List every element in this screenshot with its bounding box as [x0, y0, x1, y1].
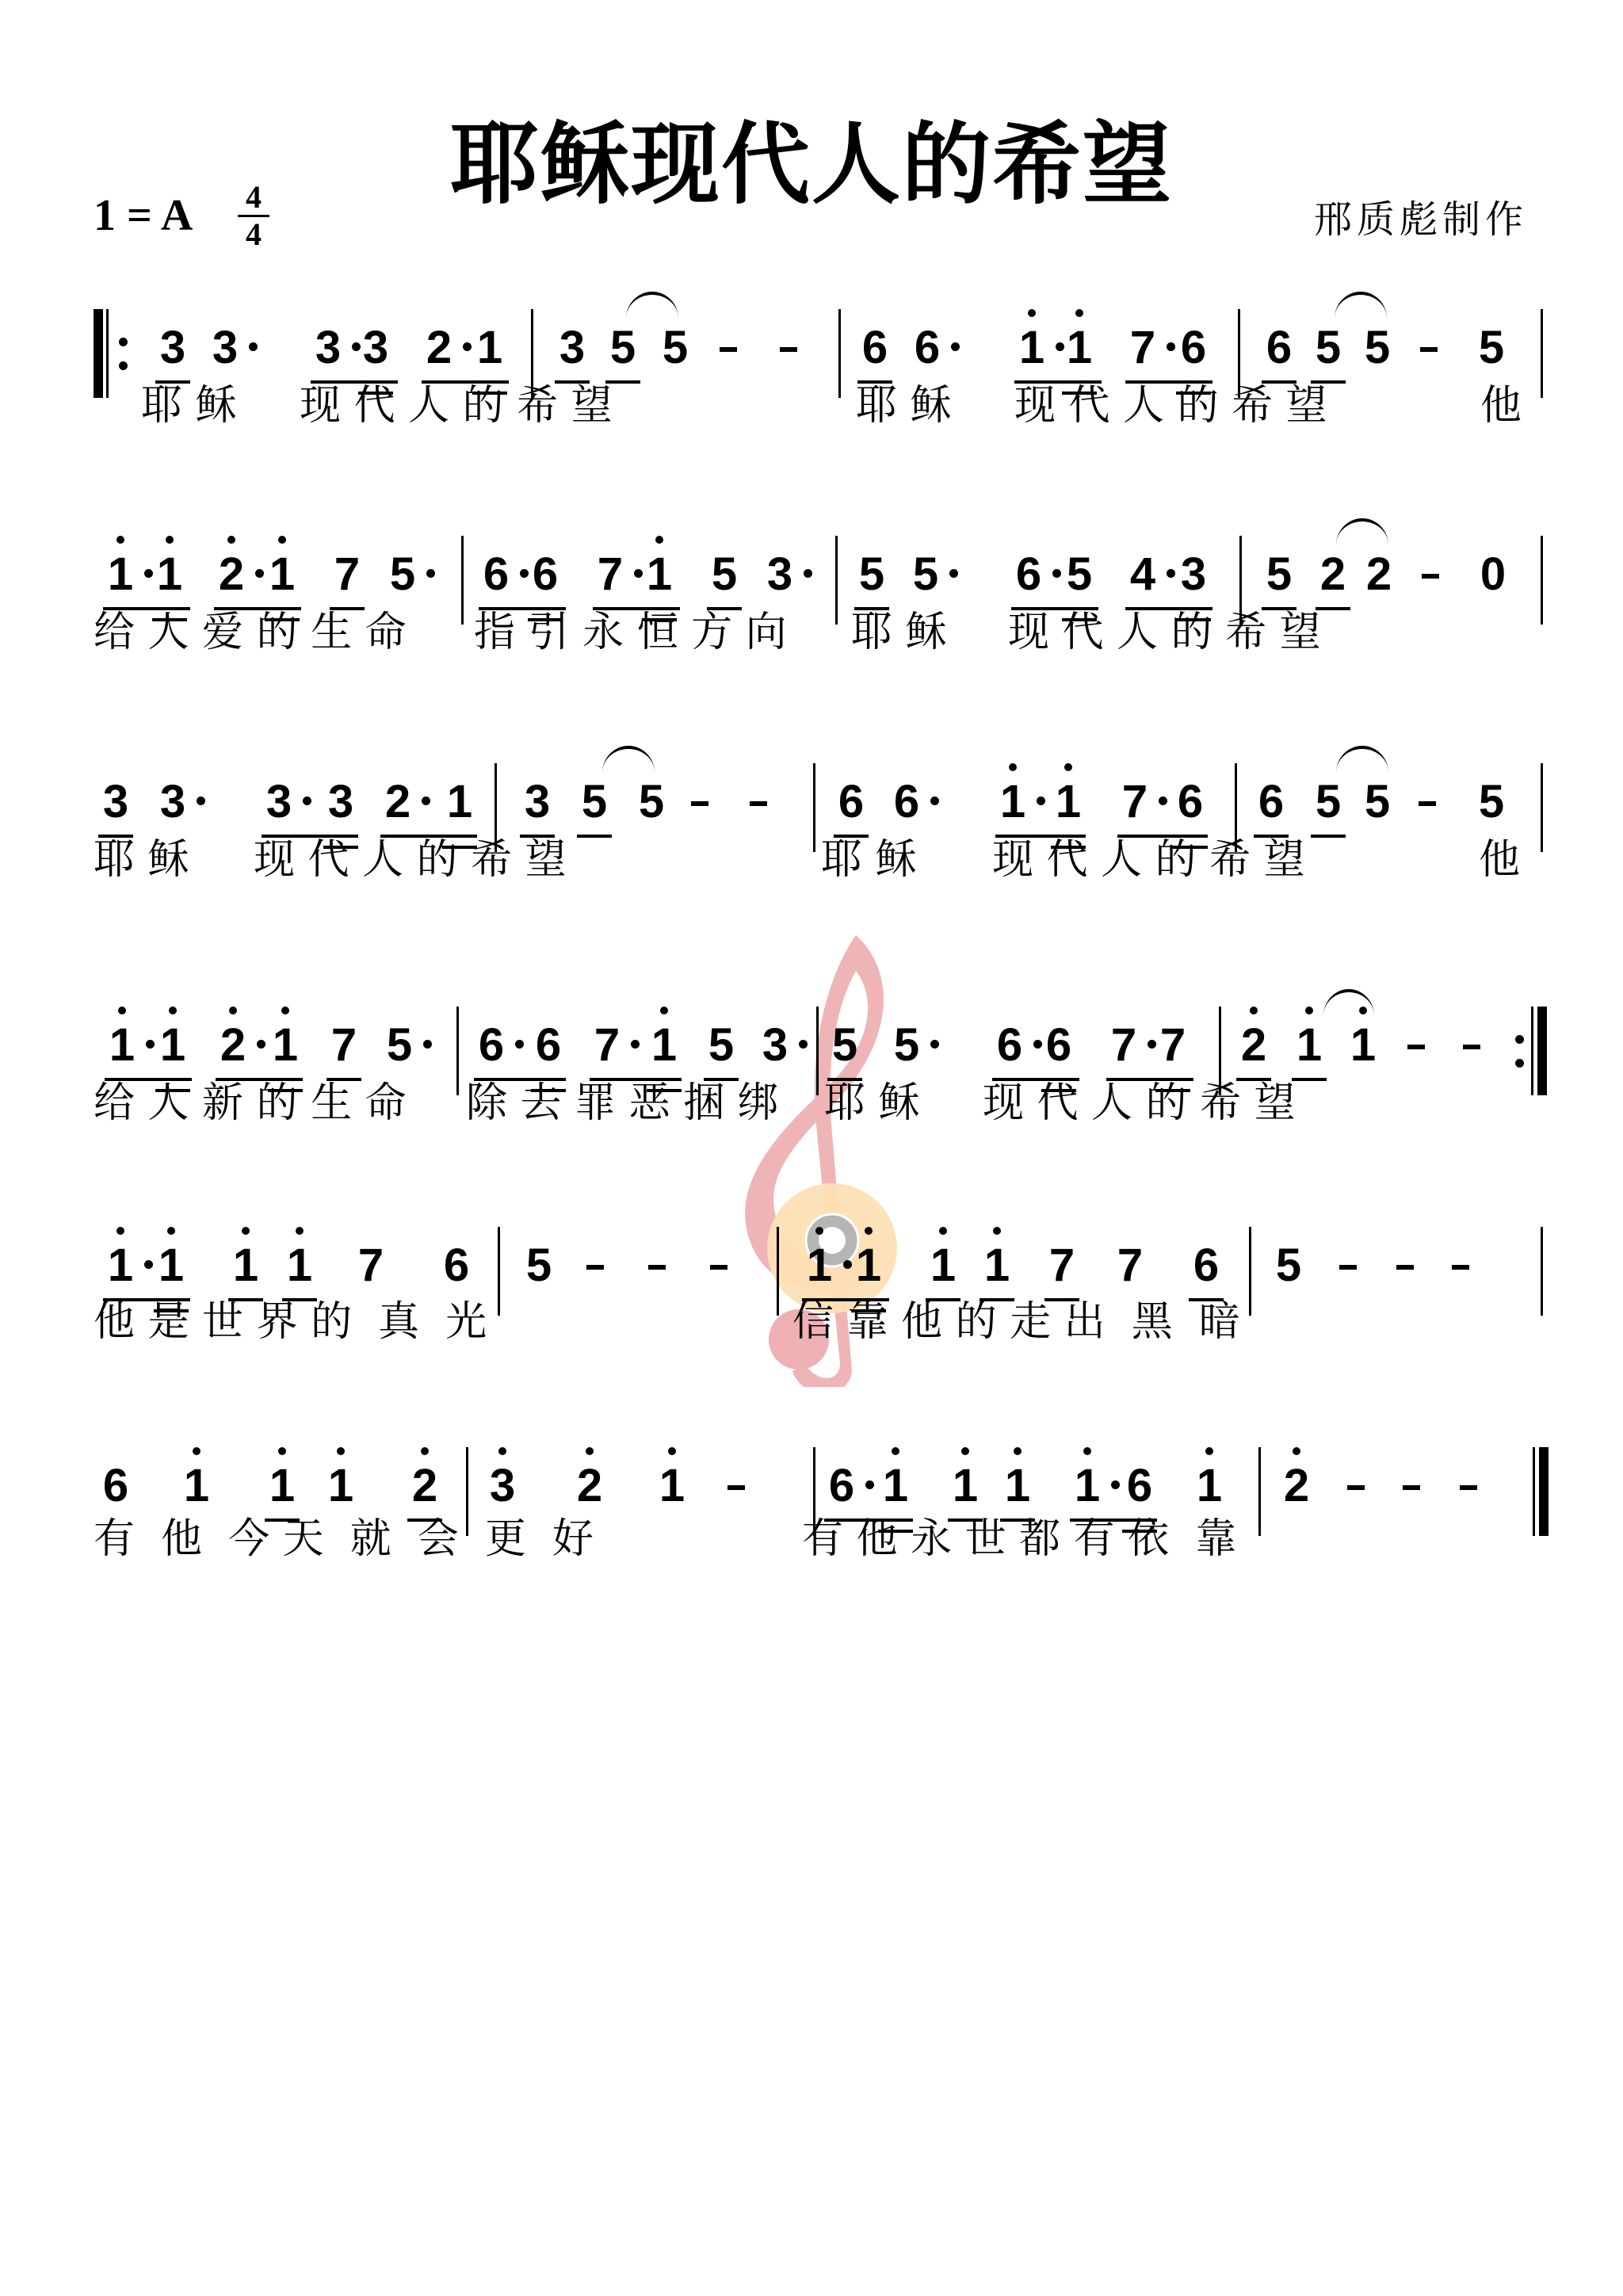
sustain-dash: [780, 347, 797, 352]
repeat-end-thin-bar: [1531, 1007, 1533, 1095]
high-octave-dot: [1064, 763, 1072, 771]
note-digit: 1: [1292, 1018, 1327, 1073]
note-digit: 1: [103, 547, 138, 602]
high-octave-dot: [296, 1227, 304, 1235]
note-digit: 3: [358, 320, 393, 376]
note-digit: 2: [214, 547, 249, 602]
sustain-dash: [1407, 1045, 1425, 1049]
high-octave-dot: [939, 1227, 947, 1235]
high-octave-dot: [281, 1007, 289, 1014]
lyric-line: 指 引 永 恒 方 向: [474, 609, 787, 656]
note-digit: 1: [851, 1238, 886, 1293]
high-octave-dot: [1075, 309, 1083, 317]
high-octave-dot: [278, 536, 286, 544]
tie-arc: [1335, 292, 1387, 319]
augmentation-dot: [1037, 797, 1045, 805]
augmentation-dot: [631, 1040, 640, 1049]
high-octave-dot: [169, 1007, 177, 1014]
repeat-dot: [119, 361, 128, 370]
augmentation-dot: [949, 569, 958, 578]
note-digit: 6: [1173, 774, 1208, 830]
note-digit: 6: [531, 1018, 566, 1073]
note: 5: [521, 1221, 556, 1316]
barline: [1541, 1227, 1543, 1316]
note-digit: 5: [521, 1238, 556, 1293]
lyric-line: 有 他 永 世 都 有 依 靠: [802, 1515, 1236, 1563]
lyric-line: 信 靠 他 的 走 出 黑 暗: [792, 1298, 1240, 1346]
high-octave-dot: [116, 536, 124, 544]
note-digit: 3: [485, 1458, 520, 1514]
note-digit: 6: [479, 547, 514, 602]
barline: [816, 1007, 819, 1095]
note-digit: 3: [98, 774, 133, 830]
high-octave-dot: [1009, 763, 1017, 771]
augmentation-dot: [463, 342, 472, 351]
barline: [498, 1227, 500, 1316]
key-signature: 1 = A: [94, 190, 193, 241]
repeat-dot: [1515, 1059, 1524, 1068]
high-octave-dot: [1028, 309, 1036, 317]
barline: [1541, 309, 1543, 398]
sustain-dash: [1403, 1485, 1420, 1490]
high-octave-dot: [1205, 1447, 1213, 1455]
composer-credit: 邢质彪制作: [1314, 189, 1528, 243]
note-digit: 3: [155, 774, 190, 830]
high-octave-dot: [655, 536, 663, 544]
time-signature-bottom: 4: [246, 216, 262, 252]
augmentation-dot: [422, 797, 430, 805]
sustain-dash: [727, 1485, 745, 1490]
lyric-line: 现 代 人 的 希 望: [254, 836, 567, 884]
note-digit: 1: [948, 1458, 983, 1514]
repeat-dot: [119, 338, 128, 346]
high-octave-dot: [118, 1007, 126, 1014]
high-octave-dot: [1083, 1447, 1091, 1455]
high-octave-dot: [242, 1227, 250, 1235]
note-digit: 1: [647, 1018, 682, 1073]
note: 5: [1271, 1221, 1306, 1316]
note-digit: 5: [634, 774, 669, 830]
note-digit: 1: [154, 1238, 189, 1293]
sustain-dash: [1347, 1485, 1365, 1490]
high-octave-dot: [227, 536, 235, 544]
note-digit: 4: [1125, 547, 1160, 602]
augmentation-dot: [1167, 342, 1175, 351]
note-digit: 1: [179, 1458, 214, 1514]
augmentation-dot: [1111, 1480, 1120, 1489]
note-digit: 7: [593, 547, 628, 602]
lyric-line: 有 他 今 天 就 会 更 好: [94, 1515, 594, 1563]
tie-arc: [1323, 989, 1374, 1016]
note-digit: 1: [802, 1238, 837, 1293]
note-digit: 5: [385, 547, 420, 602]
augmentation-dot: [930, 797, 939, 805]
high-octave-dot: [586, 1447, 594, 1455]
barline: [1249, 1227, 1251, 1316]
sustain-dash: [1463, 1045, 1480, 1049]
tie-arc: [602, 746, 655, 773]
note-digit: 1: [228, 1238, 263, 1293]
augmentation-dot: [1159, 797, 1167, 805]
lyric-line: 现 代 人 的 希 望: [992, 836, 1305, 884]
note-digit: 1: [1346, 1018, 1381, 1073]
note-digit: 5: [1360, 320, 1395, 376]
barline: [461, 536, 464, 625]
sustain-dash: [586, 1265, 604, 1270]
note-digit: 7: [1117, 774, 1152, 830]
note-digit: 6: [528, 547, 563, 602]
barline: [1258, 1447, 1261, 1536]
note-digit: 1: [155, 1018, 190, 1073]
note-digit: 7: [327, 1018, 361, 1073]
high-octave-dot: [1293, 1447, 1300, 1455]
note-digit: 1: [268, 1018, 303, 1073]
note-digit: 6: [1011, 547, 1046, 602]
augmentation-dot: [865, 1480, 874, 1489]
note-digit: 1: [1000, 1458, 1035, 1514]
lyric-line: 耶 稣: [851, 609, 947, 656]
note-digit: 1: [103, 1238, 138, 1293]
note-digit: 5: [658, 320, 693, 376]
note-digit: 6: [834, 774, 869, 830]
note-digit: 1: [1062, 320, 1097, 376]
augmentation-dot: [1052, 569, 1061, 578]
high-octave-dot: [421, 1447, 429, 1455]
note-digit: 1: [265, 547, 300, 602]
sustain-dash: [1419, 801, 1436, 806]
note: 0: [1476, 529, 1510, 625]
note-digit: 6: [1189, 1238, 1224, 1293]
note-digit: 5: [827, 1018, 862, 1073]
note-digit: 5: [707, 547, 742, 602]
note-digit: 2: [216, 1018, 250, 1073]
note-digit: 0: [1476, 547, 1510, 602]
note-digit: 1: [1070, 1458, 1105, 1514]
note-digit: 5: [1311, 320, 1346, 376]
high-octave-dot: [892, 1447, 899, 1455]
note-digit: 1: [642, 547, 677, 602]
sustain-dash: [1339, 1265, 1357, 1270]
note-digit: 5: [382, 1018, 417, 1073]
note-digit: 6: [824, 1458, 859, 1514]
note-digit: 6: [1176, 320, 1211, 376]
note-digit: 5: [1360, 774, 1395, 830]
note-digit: 7: [353, 1238, 388, 1293]
note-digit: 1: [995, 774, 1030, 830]
lyric-line: 给 人 爱 的 生 命: [94, 609, 407, 656]
note-digit: 5: [1262, 547, 1296, 602]
sustain-dash: [1420, 347, 1438, 352]
high-octave-dot: [337, 1447, 345, 1455]
high-octave-dot: [166, 536, 174, 544]
note-digit: 5: [1474, 320, 1509, 376]
note-digit: 3: [262, 774, 296, 830]
note: 1: [1292, 1000, 1327, 1095]
note-digit: 2: [572, 1458, 607, 1514]
augmentation-dot: [197, 797, 205, 805]
note-digit: 6: [910, 320, 945, 376]
note-digit: 6: [98, 1458, 133, 1514]
lyric-line: 现 代 人 的 希 望: [1014, 382, 1327, 430]
note-digit: 1: [265, 1458, 300, 1514]
note-digit: 7: [590, 1018, 624, 1073]
augmentation-dot: [1167, 569, 1175, 578]
lyric-line: 给 人 新 的 生 命: [94, 1079, 407, 1127]
note-digit: 1: [878, 1458, 913, 1514]
note-digit: 5: [1474, 774, 1509, 830]
high-octave-dot: [1305, 1007, 1313, 1014]
note-digit: 7: [330, 547, 365, 602]
note-digit: 1: [105, 1018, 139, 1073]
note-digit: 6: [1122, 1458, 1157, 1514]
barline: [456, 1007, 459, 1095]
note-digit: 5: [889, 1018, 924, 1073]
augmentation-dot: [951, 342, 960, 351]
note-digit: 1: [1014, 320, 1049, 376]
note-digit: 3: [758, 1018, 792, 1073]
lyric-line: 耶 稣: [856, 382, 952, 430]
repeat-end-thick-bar: [1537, 1007, 1547, 1095]
barline: [1541, 536, 1543, 625]
barline: [1541, 763, 1543, 852]
note-digit: 5: [854, 547, 889, 602]
high-octave-dot: [815, 1227, 823, 1235]
final-thin-bar: [1533, 1447, 1535, 1536]
sustain-dash: [648, 1265, 666, 1270]
high-octave-dot: [865, 1227, 873, 1235]
augmentation-dot: [930, 1040, 939, 1049]
augmentation-dot: [426, 569, 435, 578]
high-octave-dot: [278, 1447, 286, 1455]
note-digit: 3: [323, 774, 358, 830]
lyric-line: 耶 稣: [824, 1079, 920, 1127]
note-digit: 7: [1125, 320, 1160, 376]
lyric-line: 他: [1479, 836, 1520, 884]
augmentation-dot: [144, 1260, 153, 1269]
tie-arc: [626, 292, 678, 319]
note-digit: 1: [1192, 1458, 1227, 1514]
note-digit: 3: [1176, 547, 1211, 602]
barline: [813, 763, 815, 852]
note-digit: 1: [1051, 774, 1086, 830]
sustain-dash: [1460, 1485, 1477, 1490]
augmentation-dot: [303, 797, 311, 805]
note-digit: 1: [655, 1458, 689, 1514]
final-thick-bar: [1539, 1447, 1549, 1536]
note-digit: 3: [520, 774, 555, 830]
note-digit: 3: [555, 320, 590, 376]
note-digit: 1: [472, 320, 507, 376]
high-octave-dot: [961, 1447, 969, 1455]
note-digit: 1: [152, 547, 187, 602]
note-digit: 1: [926, 1238, 960, 1293]
eighth-underline: [1311, 835, 1346, 838]
note-digit: 1: [282, 1238, 317, 1293]
note-digit: 1: [442, 774, 477, 830]
note-digit: 7: [1155, 1018, 1190, 1073]
augmentation-dot: [423, 1040, 432, 1049]
lyric-line: 他: [1480, 382, 1522, 430]
sustain-dash: [1422, 574, 1439, 579]
note-digit: 3: [208, 320, 242, 376]
note-digit: 2: [1236, 1018, 1271, 1073]
lyric-line: 现 代 人 的 希 望: [1008, 609, 1321, 656]
note-digit: 6: [474, 1018, 509, 1073]
note: 1: [655, 1441, 689, 1536]
barline: [777, 1227, 779, 1316]
sustain-dash: [691, 801, 708, 806]
augmentation-dot: [799, 1040, 808, 1049]
high-octave-dot: [993, 1227, 1001, 1235]
score-row: 3333213556611766555: [0, 303, 1623, 398]
note-digit: 5: [704, 1018, 739, 1073]
lyric-line: 耶 稣: [94, 836, 189, 884]
lyric-line: 现 代 人 的 希 望: [300, 382, 613, 430]
high-octave-dot: [668, 1447, 676, 1455]
note-digit: 6: [1041, 1018, 1076, 1073]
note-digit: 2: [380, 774, 415, 830]
note-digit: 5: [1311, 774, 1346, 830]
high-octave-dot: [1014, 1447, 1022, 1455]
sustain-dash: [750, 801, 767, 806]
note-digit: 5: [908, 547, 943, 602]
barline: [838, 309, 841, 398]
sustain-dash: [720, 347, 737, 352]
high-octave-dot: [193, 1447, 200, 1455]
lyric-line: 现 代 人 的 希 望: [983, 1079, 1296, 1127]
note-digit: 5: [605, 320, 640, 376]
repeat-start-thick-bar: [94, 309, 103, 398]
lyric-line: 他 是 世 界 的 真 光: [94, 1298, 487, 1346]
note-digit: 6: [857, 320, 892, 376]
augmentation-dot: [257, 1040, 265, 1049]
repeat-start-thin-bar: [106, 309, 109, 398]
repeat-dot: [1515, 1035, 1524, 1044]
note-digit: 3: [311, 320, 346, 376]
sustain-dash: [1452, 1265, 1469, 1270]
time-signature-top: 4: [246, 179, 262, 215]
augmentation-dot: [146, 1040, 155, 1049]
note-digit: 6: [439, 1238, 474, 1293]
score-row: 3333213556611766555: [0, 757, 1623, 852]
note-digit: 7: [1044, 1238, 1079, 1293]
note-digit: 3: [762, 547, 797, 602]
high-octave-dot: [229, 1007, 237, 1014]
note-digit: 5: [1271, 1238, 1306, 1293]
note-digit: 6: [889, 774, 924, 830]
note-digit: 6: [992, 1018, 1027, 1073]
note-digit: 6: [1254, 774, 1289, 830]
tie-arc: [1336, 518, 1388, 545]
note-digit: 3: [155, 320, 190, 376]
eighth-underline: [577, 835, 612, 838]
eighth-underline: [1292, 1078, 1327, 1081]
note-digit: 2: [407, 1458, 442, 1514]
high-octave-dot: [1250, 1007, 1258, 1014]
high-octave-dot: [498, 1447, 506, 1455]
high-octave-dot: [116, 1227, 124, 1235]
note-digit: 6: [1262, 320, 1296, 376]
lyric-line: 耶 稣: [141, 382, 237, 430]
high-octave-dot: [167, 1227, 175, 1235]
note-digit: 5: [1062, 547, 1097, 602]
high-octave-dot: [660, 1007, 668, 1014]
sustain-dash: [1396, 1265, 1414, 1270]
note: 2: [1279, 1441, 1314, 1536]
note-digit: 7: [1106, 1018, 1141, 1073]
lyric-line: 除 去 罪 恶 捆 绑: [466, 1079, 779, 1127]
sustain-dash: [710, 1265, 727, 1270]
note-digit: 5: [577, 774, 612, 830]
augmentation-dot: [804, 569, 812, 578]
note-digit: 2: [1279, 1458, 1314, 1514]
note-digit: 1: [980, 1238, 1014, 1293]
tie-arc: [1336, 746, 1388, 773]
note-digit: 2: [1316, 547, 1350, 602]
note-digit: 7: [1113, 1238, 1148, 1293]
lyric-line: 耶 稣: [821, 836, 917, 884]
note-digit: 1: [323, 1458, 358, 1514]
note-digit: 2: [1361, 547, 1396, 602]
barline: [835, 536, 838, 625]
augmentation-dot: [515, 1040, 524, 1049]
augmentation-dot: [249, 342, 258, 351]
augmentation-dot: [255, 569, 264, 578]
note-digit: 2: [422, 320, 456, 376]
time-signature: 4 4: [238, 181, 269, 251]
